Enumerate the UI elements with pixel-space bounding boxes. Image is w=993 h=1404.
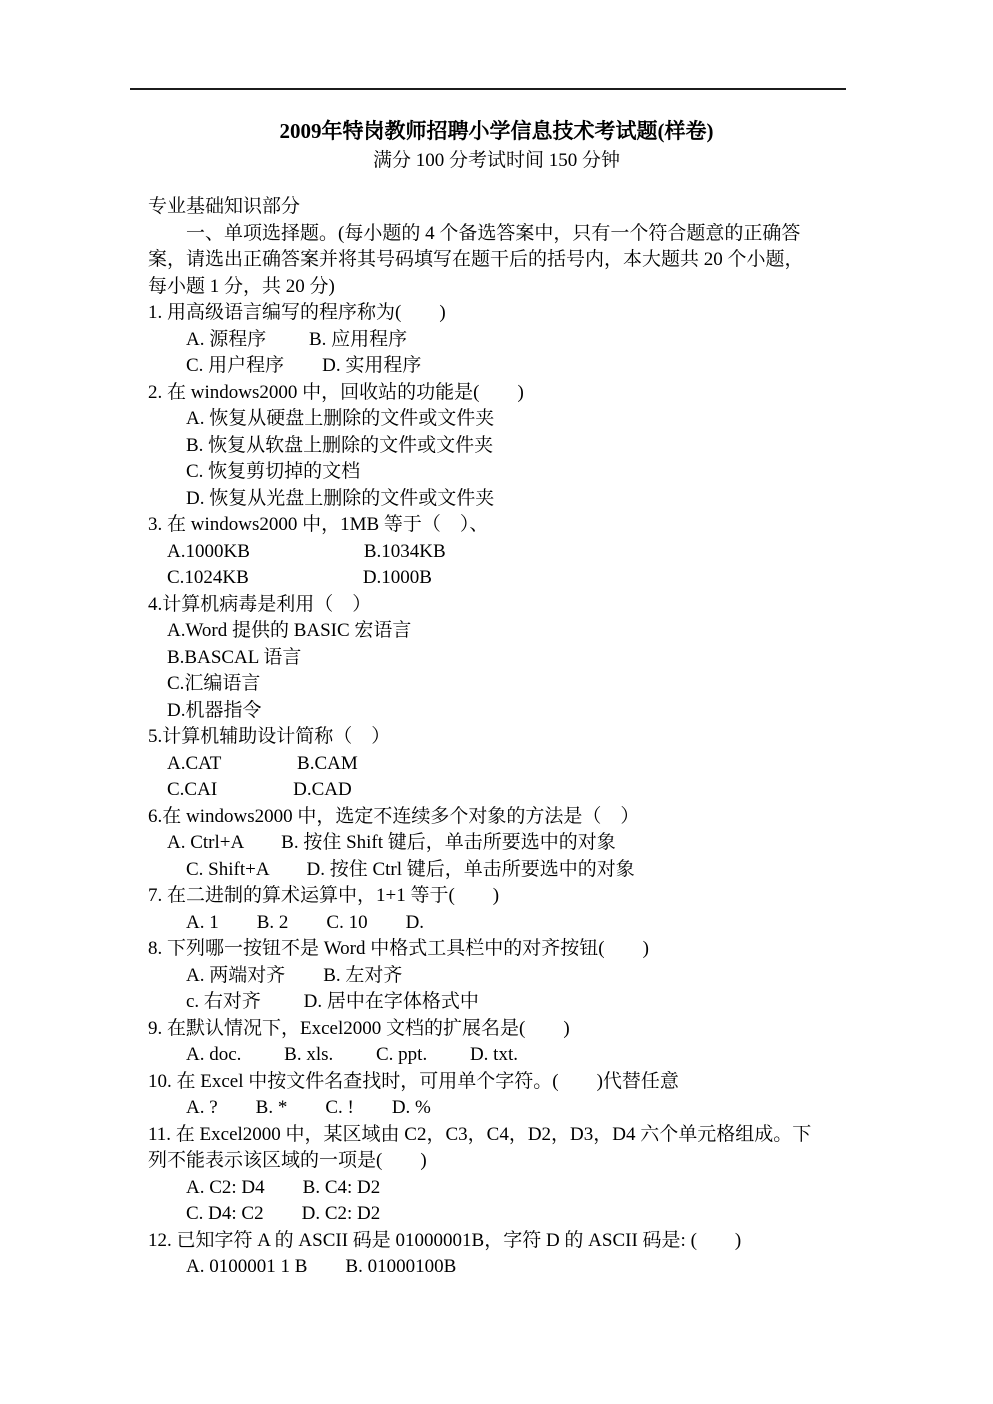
doc-line: B. 恢复从软盘上删除的文件或文件夹 <box>148 433 938 460</box>
exam-paper-page: 2009年特岗教师招聘小学信息技术考试题(样卷) 满分 100 分考试时间 15… <box>0 0 993 1404</box>
doc-line: C. 用户程序 D. 实用程序 <box>148 353 938 380</box>
doc-line: A. C2: D4 B. C4: D2 <box>148 1175 938 1202</box>
doc-line: 每小题 1 分，共 20 分) <box>148 274 938 301</box>
doc-line: 列不能表示该区域的一项是( ) <box>148 1148 938 1175</box>
doc-subtitle: 满分 100 分考试时间 150 分钟 <box>0 146 993 176</box>
doc-line: A. 源程序 B. 应用程序 <box>148 327 938 354</box>
doc-line: C. Shift+A D. 按住 Ctrl 键后，单击所要选中的对象 <box>148 857 938 884</box>
doc-line: A. 1 B. 2 C. 10 D. <box>148 910 938 937</box>
doc-line: 12. 已知字符 A 的 ASCII 码是 01000001B，字符 D 的 A… <box>148 1228 938 1255</box>
doc-line: 3. 在 windows2000 中，1MB 等于（ ）、 <box>148 512 938 539</box>
doc-line: C.CAI D.CAD <box>148 777 938 804</box>
doc-line: D. 恢复从光盘上删除的文件或文件夹 <box>148 486 938 513</box>
doc-line: 专业基础知识部分 <box>148 194 938 221</box>
doc-line: A. 0100001 1 B B. 01000100B <box>148 1254 938 1281</box>
doc-line: 5.计算机辅助设计简称（ ） <box>148 724 938 751</box>
doc-line: c. 右对齐 D. 居中在字体格式中 <box>148 989 938 1016</box>
header-rule <box>130 88 846 90</box>
doc-line: 4.计算机病毒是利用（ ） <box>148 592 938 619</box>
doc-line: A. ? B. * C. ! D. % <box>148 1095 938 1122</box>
doc-line: A. Ctrl+A B. 按住 Shift 键后，单击所要选中的对象 <box>148 830 938 857</box>
doc-line: A. doc. B. xls. C. ppt. D. txt. <box>148 1042 938 1069</box>
doc-line: A. 两端对齐 B. 左对齐 <box>148 963 938 990</box>
doc-line: C.1024KB D.1000B <box>148 565 938 592</box>
doc-line: 1. 用高级语言编写的程序称为( ) <box>148 300 938 327</box>
doc-line: 案，请选出正确答案并将其号码填写在题干后的括号内，本大题共 20 个小题， <box>148 247 938 274</box>
doc-line: C. 恢复剪切掉的文档 <box>148 459 938 486</box>
doc-line: B.BASCAL 语言 <box>148 645 938 672</box>
doc-header: 2009年特岗教师招聘小学信息技术考试题(样卷) 满分 100 分考试时间 15… <box>0 116 993 176</box>
doc-line: C. D4: C2 D. C2: D2 <box>148 1201 938 1228</box>
doc-line: 10. 在 Excel 中按文件名查找时，可用单个字符。( )代替任意 <box>148 1069 938 1096</box>
doc-line: 6.在 windows2000 中，选定不连续多个对象的方法是（ ） <box>148 804 938 831</box>
doc-line: D.机器指令 <box>148 698 938 725</box>
doc-line: 8. 下列哪一按钮不是 Word 中格式工具栏中的对齐按钮( ) <box>148 936 938 963</box>
doc-title: 2009年特岗教师招聘小学信息技术考试题(样卷) <box>0 116 993 146</box>
doc-line: A. 恢复从硬盘上删除的文件或文件夹 <box>148 406 938 433</box>
doc-line: 2. 在 windows2000 中，回收站的功能是( ) <box>148 380 938 407</box>
doc-line: A.1000KB B.1034KB <box>148 539 938 566</box>
doc-line: C.汇编语言 <box>148 671 938 698</box>
doc-line: 9. 在默认情况下，Excel2000 文档的扩展名是( ) <box>148 1016 938 1043</box>
doc-line: A.Word 提供的 BASIC 宏语言 <box>148 618 938 645</box>
doc-line: 11. 在 Excel2000 中，某区域由 C2，C3，C4，D2，D3，D4… <box>148 1122 938 1149</box>
doc-line: 7. 在二进制的算术运算中，1+1 等于( ) <box>148 883 938 910</box>
doc-line: 一、单项选择题。(每小题的 4 个备选答案中，只有一个符合题意的正确答 <box>148 221 938 248</box>
doc-line: A.CAT B.CAM <box>148 751 938 778</box>
doc-body: 专业基础知识部分 一、单项选择题。(每小题的 4 个备选答案中，只有一个符合题意… <box>148 194 938 1281</box>
